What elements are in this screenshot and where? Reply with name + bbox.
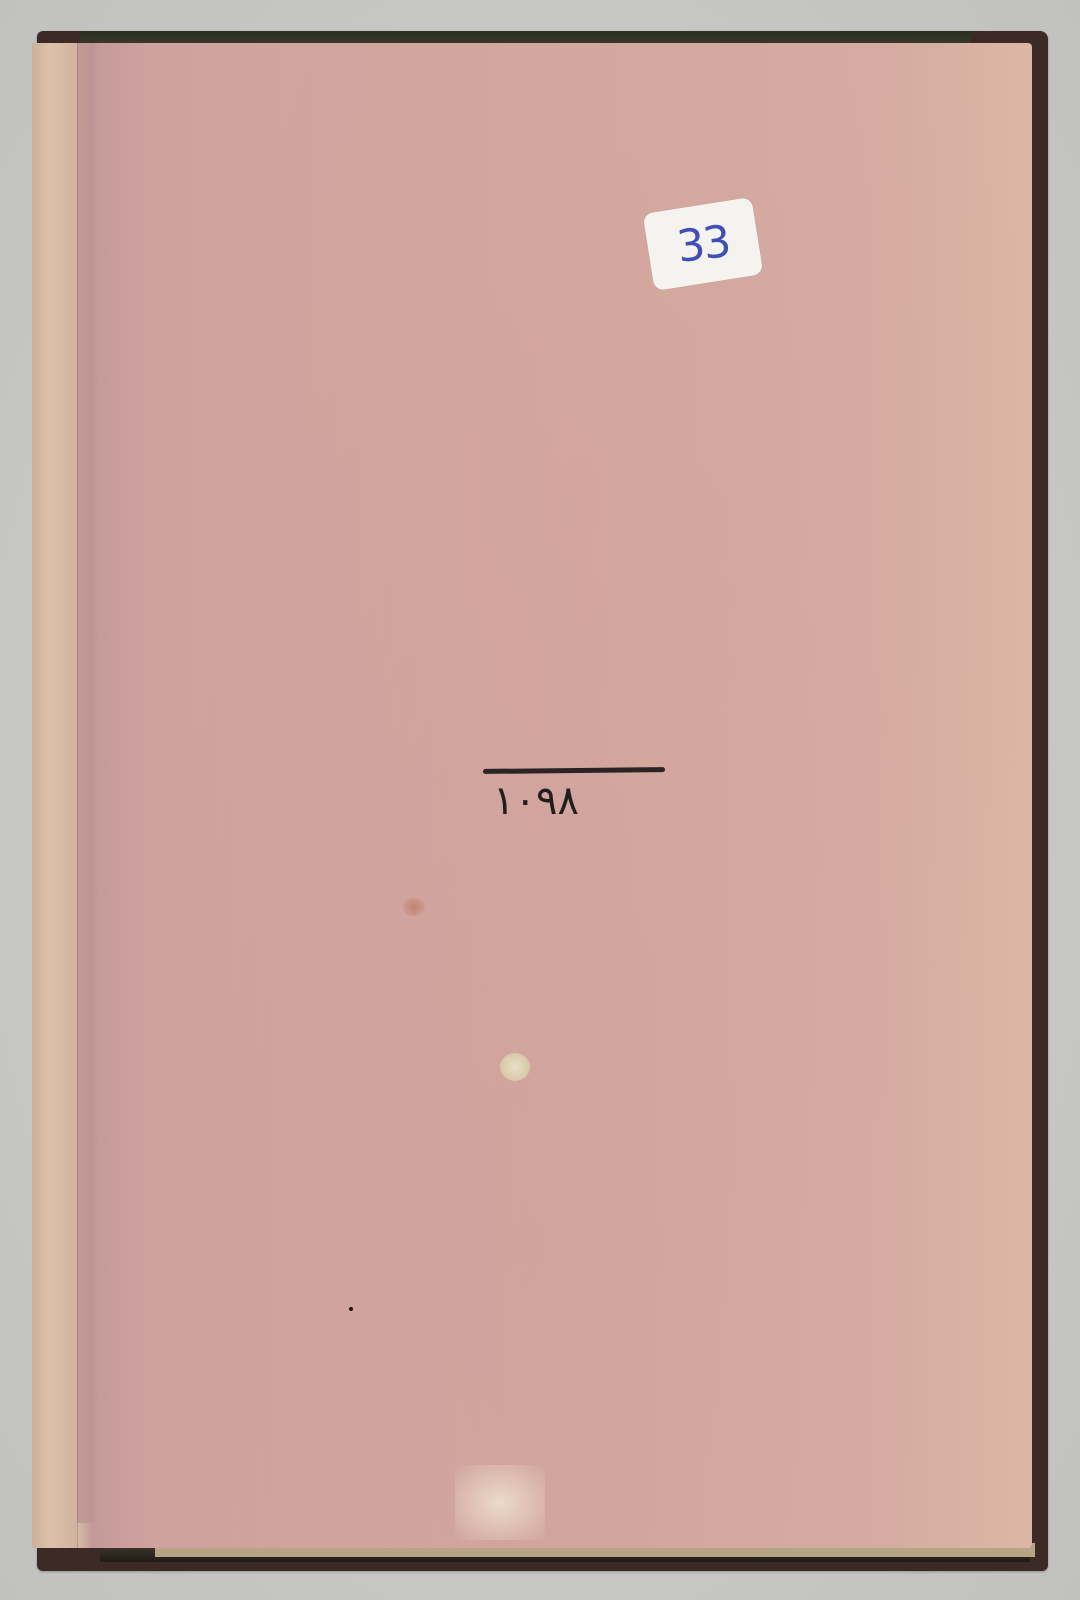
bottom-stain (455, 1465, 545, 1540)
handwritten-mark: ١٠٩٨ (483, 766, 668, 836)
ink-dot (349, 1307, 353, 1311)
spine-shadow (77, 43, 99, 1523)
handwritten-number: ١٠٩٨ (493, 778, 663, 824)
shelf-number: 33 (674, 216, 732, 273)
center-stain (500, 1053, 530, 1081)
rust-spot (403, 898, 425, 916)
overline-stroke (483, 767, 665, 774)
spine-strip (32, 43, 78, 1548)
